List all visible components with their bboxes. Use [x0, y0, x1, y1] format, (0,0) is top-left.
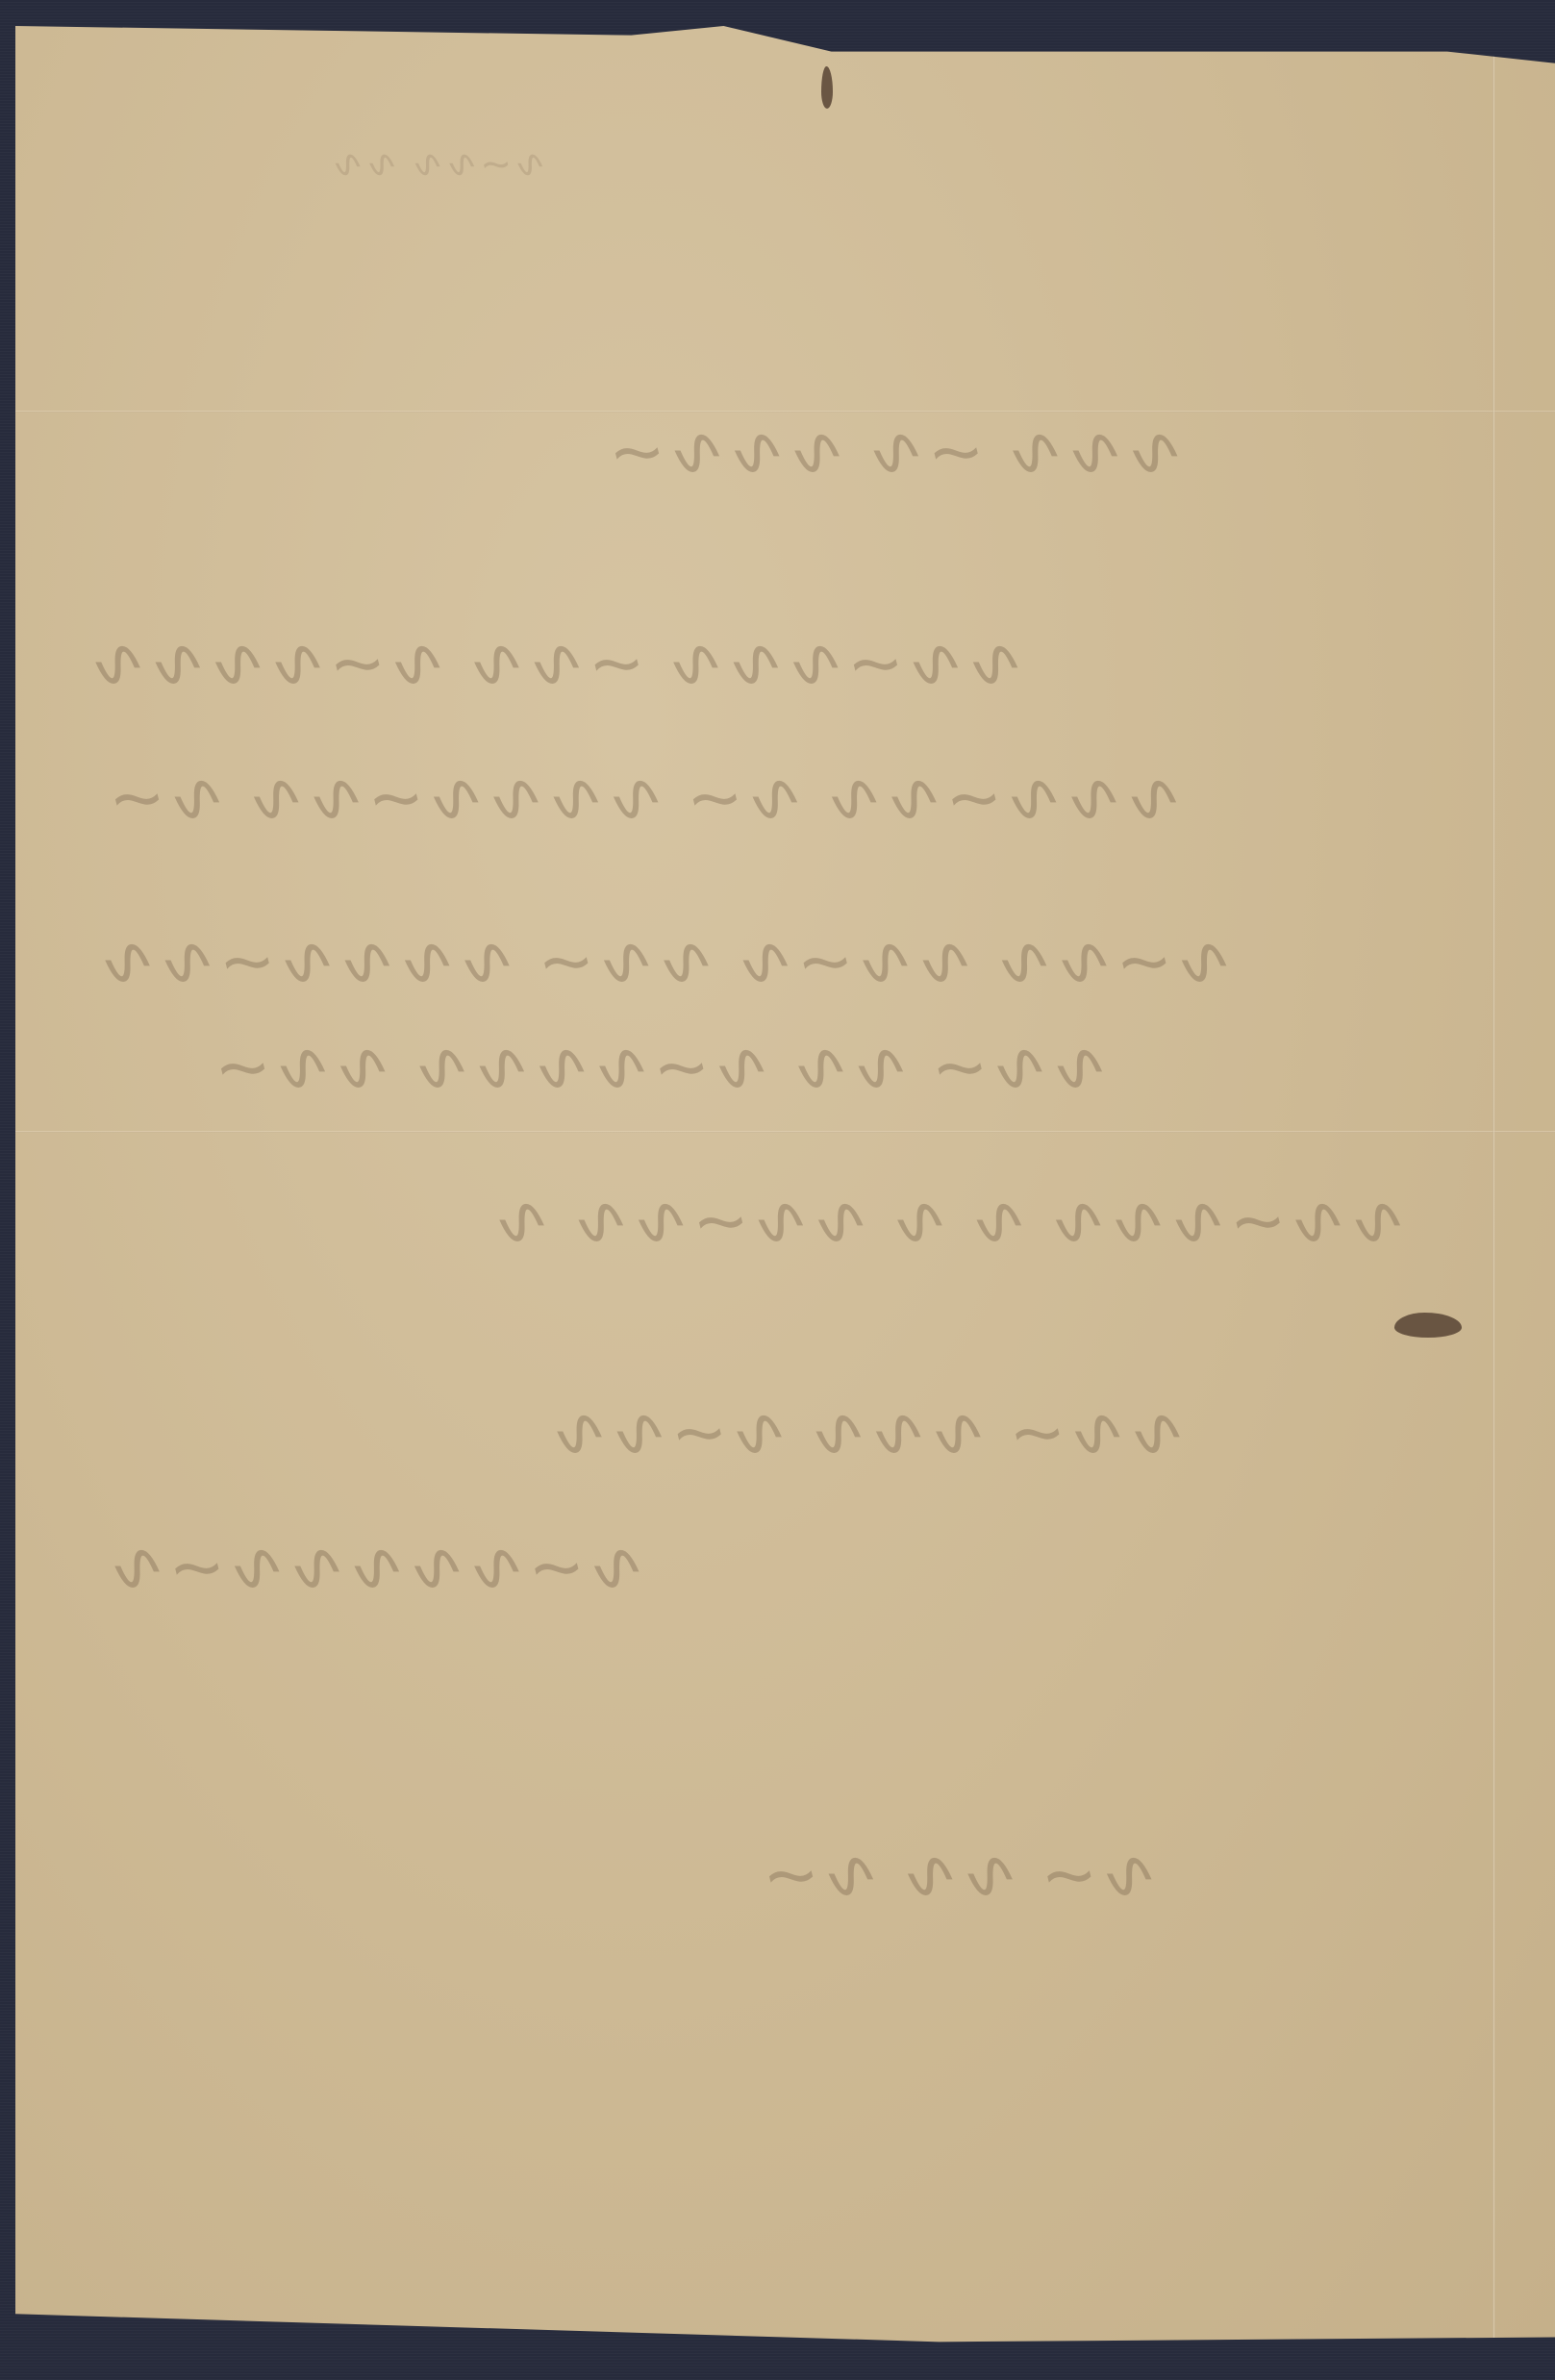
bleed-marginal-note: ∿∽∿∿ ∿∿ — [333, 141, 549, 187]
bleed-line-3: ∿∽∿∿ ∿∿∽∿ ∿∿∽ ∿∿∿∿∽∿∿ — [102, 920, 1239, 1002]
bleed-signature: ∿∽∿∿∿∿∿∽∿ — [112, 1526, 651, 1608]
bleed-line-4: ∿∿∽ ∿∿ ∿∽∿∿∿∿ ∿∿∽ — [217, 1026, 1115, 1108]
fold-crease-vertical — [1492, 26, 1495, 2351]
bleed-date: ∿∽ ∿∿ ∿∽ — [765, 1834, 1164, 1916]
fold-crease-middle — [15, 1131, 1555, 1133]
bleed-salutation: ∿∿∿ ∽∿ ∿∿∿∽ — [612, 411, 1190, 492]
bleed-line-2: ∿∿∿∽∿∿ ∿∽ ∿∿∿∿∽∿∿ ∿∽ — [112, 757, 1189, 839]
ink-drip-top — [821, 66, 833, 109]
bleed-line-1: ∿∿∽∿∿∿ ∽∿∿ ∿∽∿∿∿∿ — [92, 622, 1030, 704]
ink-stain-right — [1394, 1313, 1462, 1338]
bleed-closing: ∿∿∽ ∿∿∿ ∿∽∿∿ — [554, 1391, 1191, 1473]
letter-page: ∿∿∿ ∽∿ ∿∿∿∽ ∿∿∽∿∿∿ ∽∿∿ ∿∽∿∿∿∿ ∿∿∿∽∿∿ ∿∽ … — [15, 26, 1555, 2351]
bleed-line-5: ∿∿∽∿∿∿ ∿ ∿ ∿∿∽∿∿ ∿ — [496, 1180, 1413, 1262]
